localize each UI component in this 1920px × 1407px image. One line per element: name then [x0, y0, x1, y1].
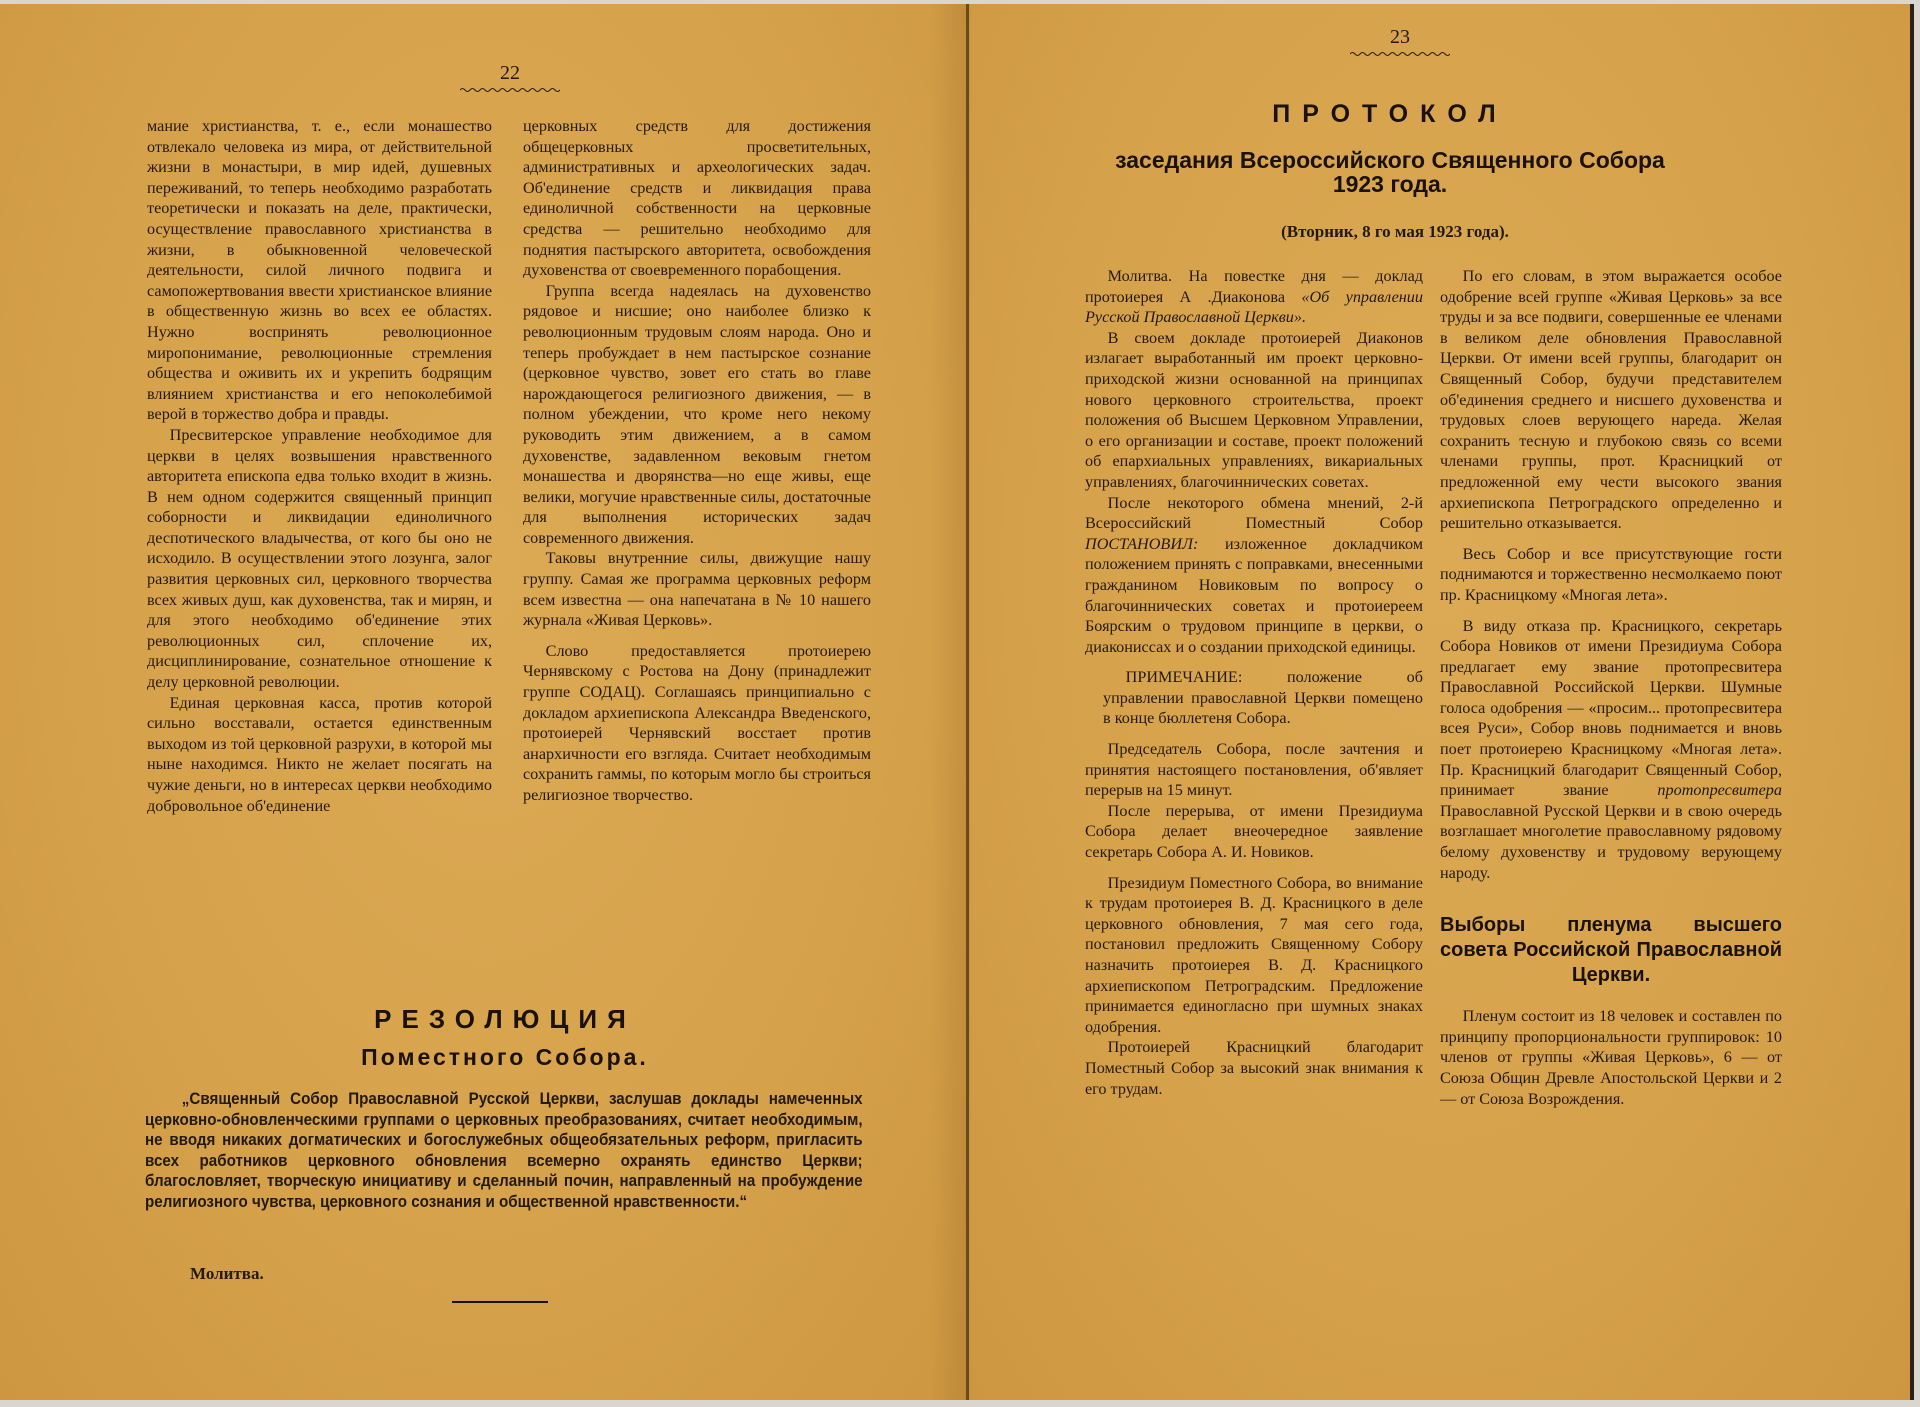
paragraph: По его словам, в этом выражается особое … — [1440, 266, 1782, 534]
page-number-text: 22 — [500, 62, 520, 84]
paragraph: Пленум состоит из 18 человек и составлен… — [1440, 1006, 1782, 1109]
protocol-subtitle-line-2: 1923 года. — [1010, 172, 1770, 196]
page-number-22: 22 — [450, 62, 570, 93]
paragraph: Единая церковная касса, против которой с… — [147, 693, 492, 817]
wavy-rule-icon — [460, 87, 560, 93]
wavy-rule-icon — [1350, 51, 1450, 57]
resolution-title: РЕЗОЛЮЦИЯ — [140, 1004, 870, 1035]
book-gutter — [966, 4, 969, 1400]
section-divider — [452, 1301, 548, 1303]
resolved-label: ПОСТАНОВИЛ: — [1085, 535, 1198, 553]
paragraph: Председатель Собора, после зачтения и пр… — [1085, 739, 1423, 801]
right-page-column-2: По его словам, в этом выражается особое … — [1440, 266, 1782, 1109]
paragraph: церковных средств для достижения общецер… — [523, 116, 871, 281]
left-page-column-2: церковных средств для достижения общецер… — [523, 116, 871, 806]
title-term: протопресвитера — [1657, 781, 1782, 799]
paragraph: Протоиерей Красницкий благодарит Поместн… — [1085, 1037, 1423, 1099]
page-number-text: 23 — [1390, 26, 1410, 48]
left-page-column-1: мание христианства, т. е., если монашест… — [147, 116, 492, 816]
paragraph-text: После некоторого обмена мнений, 2-й Всер… — [1085, 494, 1423, 533]
protocol-subtitle: заседания Всероссийского Священного Собо… — [1010, 148, 1770, 196]
paragraph: В своем докладе протоиерей Диаконов изла… — [1085, 328, 1423, 493]
resolution-subtitle: Поместного Собора. — [140, 1044, 870, 1071]
paragraph: Весь Собор и все присутствующие гости по… — [1440, 544, 1782, 606]
resolution-closing: Молитва. — [190, 1264, 264, 1284]
paragraph: Президиум Поместного Собора, во внимание… — [1085, 873, 1423, 1038]
meeting-date: (Вторник, 8 го мая 1923 года). — [1010, 222, 1780, 242]
resolution-text: „Священный Собор Православной Русской Це… — [145, 1089, 863, 1213]
paragraph: Пресвитерское управление необходимое для… — [147, 425, 492, 693]
document-spread: 22 мание христианства, т. е., если монаш… — [0, 4, 1910, 1400]
protocol-subtitle-line-1: заседания Всероссийского Священного Собо… — [1010, 148, 1770, 172]
plenum-election-heading: Выборы пленума высшего совета Российской… — [1440, 913, 1782, 988]
paragraph: После перерыва, от имени Президиума Собо… — [1085, 801, 1423, 863]
paragraph: В виду отказа пр. Красницкого, секретарь… — [1440, 616, 1782, 884]
paragraph: Группа всегда надеялась на духовенство р… — [523, 281, 871, 549]
note: ПРИМЕЧАНИЕ: положение об управлении прав… — [1103, 667, 1423, 729]
paragraph-text: В виду отказа пр. Красницкого, секретарь… — [1440, 617, 1782, 800]
paragraph: Таковы внутренние силы, движущие нашу гр… — [523, 548, 871, 630]
page-number-23: 23 — [1340, 26, 1460, 57]
paragraph: Слово предоставляется протоиерею Чернявс… — [523, 641, 871, 806]
protocol-title: ПРОТОКОЛ — [1030, 100, 1750, 129]
paragraph: Молитва. На повестке дня — доклад протои… — [1085, 266, 1423, 328]
paragraph: мание христианства, т. е., если монашест… — [147, 116, 492, 425]
paragraph: После некоторого обмена мнений, 2-й Всер… — [1085, 493, 1423, 658]
page-23: 23 ПРОТОКОЛ заседания Всероссийского Свя… — [970, 4, 1914, 1400]
right-page-column-1: Молитва. На повестке дня — доклад протои… — [1085, 266, 1423, 1099]
page-22: 22 мание христианства, т. е., если монаш… — [0, 4, 968, 1400]
paragraph-text: Православной Русской Церкви и в свою оче… — [1440, 802, 1782, 882]
